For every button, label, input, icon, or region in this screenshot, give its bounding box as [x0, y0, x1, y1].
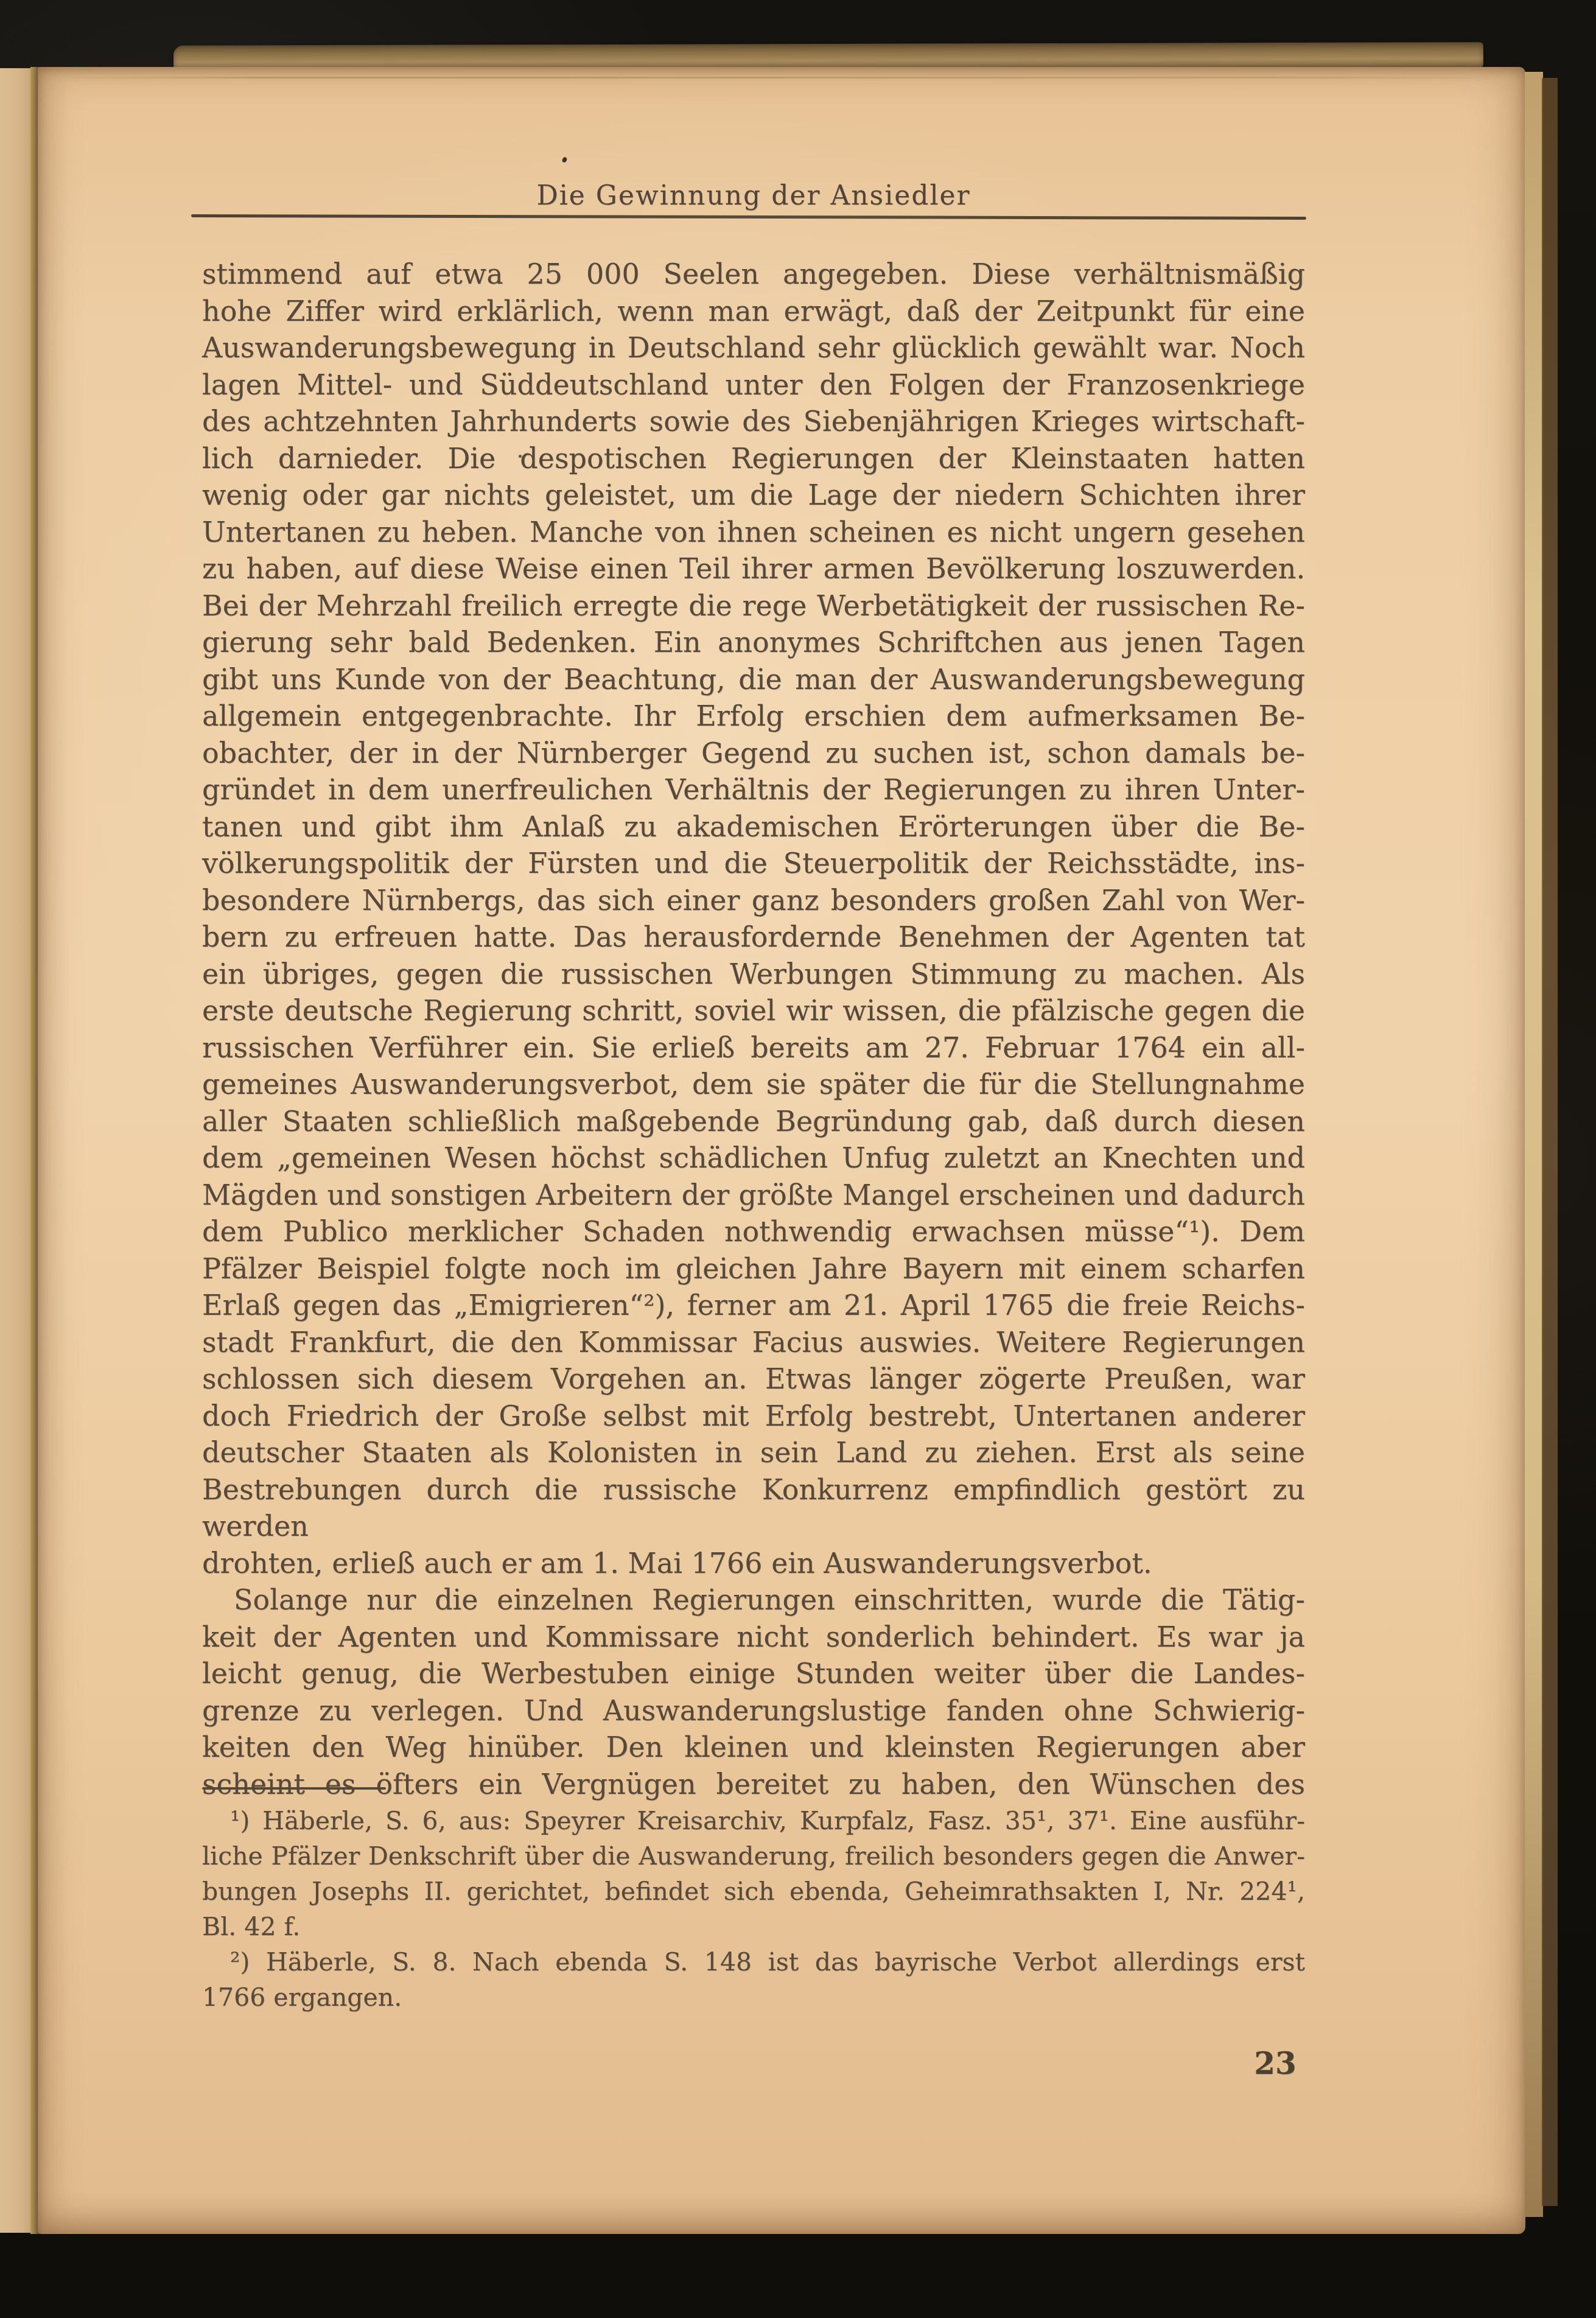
footnote-rule	[202, 1787, 386, 1790]
header-rule	[191, 214, 1306, 220]
text-line: russischen Verführer ein. Sie erließ ber…	[202, 1029, 1305, 1066]
book-page: Die Gewinnung der Ansiedler stimmend auf…	[38, 67, 1525, 2234]
text-line: völkerungspolitik der Fürsten und die St…	[202, 845, 1305, 882]
paper-crease	[56, 77, 1513, 79]
text-line: Mägden und sonstigen Arbeitern der größt…	[202, 1177, 1305, 1214]
text-line: gibt uns Kunde von der Beachtung, die ma…	[202, 661, 1305, 698]
footnote-line: bungen Josephs II. gerichtet, befindet s…	[202, 1874, 1305, 1909]
text-line: Solange nur die einzelnen Regierungen ei…	[202, 1581, 1305, 1619]
text-line: gemeines Auswanderungsverbot, dem sie sp…	[202, 1066, 1305, 1103]
text-line: allgemein entgegenbrachte. Ihr Erfolg er…	[202, 698, 1305, 735]
text-line: keiten den Weg hinüber. Den kleinen und …	[202, 1729, 1305, 1766]
text-line: Bestrebungen durch die russische Konkurr…	[202, 1471, 1305, 1545]
text-line: Bei der Mehrzahl freilich erregte die re…	[202, 587, 1305, 625]
text-line: dem Publico merklicher Schaden nothwendi…	[202, 1213, 1305, 1250]
text-line: tanen und gibt ihm Anlaß zu akademischen…	[202, 808, 1305, 846]
running-head: Die Gewinnung der Ansiedler	[202, 180, 1305, 211]
text-line: bern zu erfreuen hatte. Das herausforder…	[202, 919, 1305, 956]
text-line: hohe Ziffer wird erklärlich, wenn man er…	[202, 293, 1305, 330]
text-line: schlossen sich diesem Vorgehen an. Etwas…	[202, 1360, 1305, 1398]
text-line: gierung sehr bald Bedenken. Ein anonymes…	[202, 624, 1305, 661]
text-line: lagen Mittel- und Süddeutschland unter d…	[202, 366, 1305, 404]
text-line: obachter, der in der Nürnberger Gegend z…	[202, 735, 1305, 772]
ink-speck	[519, 455, 522, 458]
text-line: stimmend auf etwa 25 000 Seelen angegebe…	[202, 256, 1305, 293]
text-line: gründet in dem unerfreulichen Verhältnis…	[202, 771, 1305, 808]
footnote-line: 1766 ergangen.	[202, 1980, 1305, 2015]
text-line: stadt Frankfurt, die den Kommissar Faciu…	[202, 1324, 1305, 1361]
text-line: drohten, erließ auch er am 1. Mai 1766 e…	[202, 1545, 1305, 1582]
body-text: stimmend auf etwa 25 000 Seelen angegebe…	[202, 256, 1305, 1802]
footnote-line: liche Pfälzer Denkschrift über die Auswa…	[202, 1838, 1305, 1874]
page-number: 23	[1242, 2045, 1309, 2081]
text-line: zu haben, auf diese Weise einen Teil ihr…	[202, 550, 1305, 587]
text-line: erste deutsche Regierung schritt, soviel…	[202, 992, 1305, 1029]
text-line: besondere Nürnbergs, das sich einer ganz…	[202, 882, 1305, 919]
text-line: Pfälzer Beispiel folgte noch im gleichen…	[202, 1250, 1305, 1287]
text-line: scheint es öfters ein Vergnügen bereitet…	[202, 1766, 1305, 1803]
text-line: deutscher Staaten als Kolonisten in sein…	[202, 1434, 1305, 1471]
text-line: dem „gemeinen Wesen höchst schädlichen U…	[202, 1140, 1305, 1177]
text-line: Auswanderungsbewegung in Deutschland seh…	[202, 329, 1305, 366]
text-line: aller Staaten schließlich maßgebende Beg…	[202, 1103, 1305, 1140]
text-line: keit der Agenten und Kommissare nicht so…	[202, 1619, 1305, 1656]
cover-edge	[1542, 78, 1558, 2206]
text-line: Erlaß gegen das „Emigrieren“²), ferner a…	[202, 1287, 1305, 1324]
text-line: Untertanen zu heben. Manche von ihnen sc…	[202, 514, 1305, 551]
text-line: leicht genug, die Werbestuben einige Stu…	[202, 1655, 1305, 1692]
footnote-line: Bl. 42 f.	[202, 1909, 1305, 1944]
footnotes: ¹) Häberle, S. 6, aus: Speyrer Kreisarch…	[202, 1803, 1305, 2015]
book-scan: Die Gewinnung der Ansiedler stimmend auf…	[0, 0, 1596, 2318]
page-stack-fore-edge	[1525, 72, 1543, 2217]
text-line: grenze zu verlegen. Und Auswanderungslus…	[202, 1692, 1305, 1729]
text-line: wenig oder gar nichts geleistet, um die …	[202, 477, 1305, 514]
text-line: des achtzehnten Jahrhunderts sowie des S…	[202, 403, 1305, 440]
text-line: lich darnieder. Die despotischen Regieru…	[202, 440, 1305, 477]
footnote-line: ²) Häberle, S. 8. Nach ebenda S. 148 ist…	[202, 1944, 1305, 1980]
footnote-line: ¹) Häberle, S. 6, aus: Speyrer Kreisarch…	[202, 1803, 1305, 1838]
text-line: doch Friedrich der Große selbst mit Erfo…	[202, 1398, 1305, 1435]
text-line: ein übriges, gegen die russischen Werbun…	[202, 956, 1305, 993]
ink-speck	[561, 156, 567, 163]
